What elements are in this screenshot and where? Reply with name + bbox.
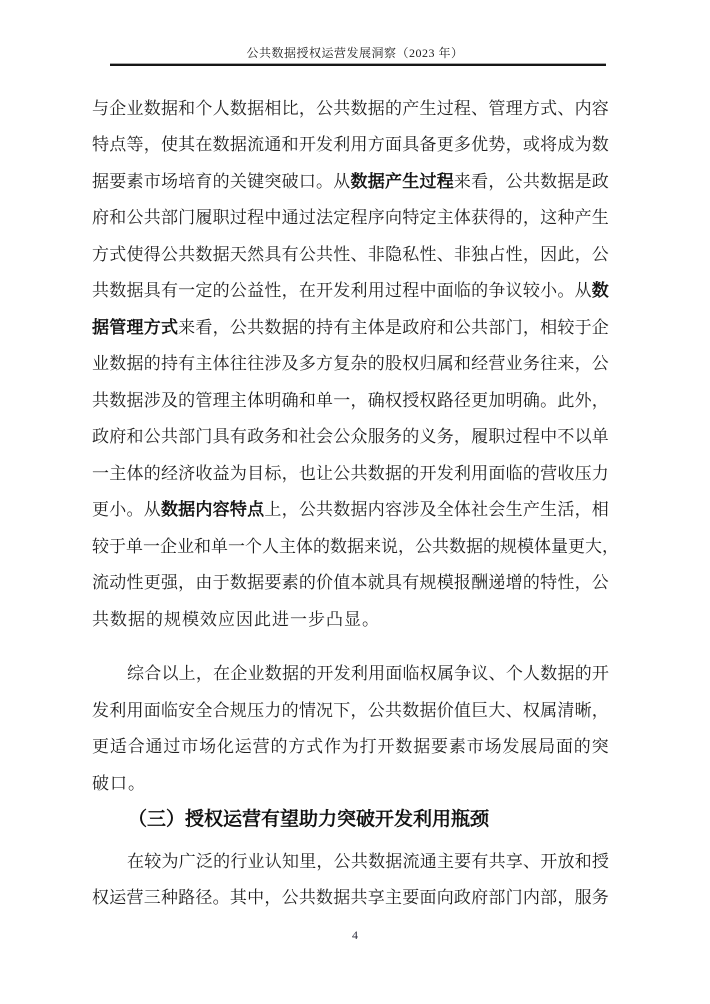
text-line: 更小。从数据内容特点上，公共数据内容涉及全体社会生产生活，相 [92, 492, 609, 529]
text-line: 更适合通过市场化运营的方式作为打开数据要素市场发展局面的突 [92, 729, 609, 766]
text-line: 在较为广泛的行业认知里，公共数据流通主要有共享、开放和授 [92, 843, 609, 880]
text-line: 据要素市场培育的关键突破口。从数据产生过程来看，公共数据是政 [92, 163, 609, 200]
text-line: 政府和公共部门具有政务和社会公众服务的义务，履职过程中不以单 [92, 419, 609, 456]
text-line: 综合以上，在企业数据的开发利用面临权属争议、个人数据的开 [92, 656, 609, 693]
text-line: 一主体的经济收益为目标，也让公共数据的开发利用面临的营收压力 [92, 455, 609, 492]
page-number: 4 [352, 928, 358, 942]
text-line: 发利用面临安全合规压力的情况下，公共数据价值巨大、权属清晰， [92, 692, 609, 729]
text-line: 据管理方式来看，公共数据的持有主体是政府和公共部门，相较于企 [92, 309, 609, 346]
paragraph: 综合以上，在企业数据的开发利用面临权属争议、个人数据的开发利用面临安全合规压力的… [92, 656, 609, 802]
page-footer: 4 [0, 928, 710, 942]
text-line: 与企业数据和个人数据相比，公共数据的产生过程、管理方式、内容 [92, 90, 609, 127]
text-line: 共数据涉及的管理主体明确和单一，确权授权路径更加明确。此外， [92, 382, 609, 419]
section-heading: （三）授权运营有望助力突破开发利用瓶颈 [92, 802, 609, 839]
document-page: 公共数据授权运营发展洞察（2023 年） 与企业数据和个人数据相比，公共数据的产… [0, 0, 710, 1004]
text-line: 较于单一企业和单一个人主体的数据来说，公共数据的规模体量更大， [92, 528, 609, 565]
text-line: 特点等，使其在数据流通和开发利用方面具备更多优势，或将成为数 [92, 127, 609, 164]
text-line: 权运营三种路径。其中，公共数据共享主要面向政府部门内部，服务 [92, 880, 609, 917]
text-line: 流动性更强，由于数据要素的价值本就具有规模报酬递增的特性，公 [92, 565, 609, 602]
header-rule [110, 63, 606, 66]
text-line: 共数据具有一定的公益性，在开发利用过程中面临的争议较小。从数 [92, 273, 609, 310]
text-line: 共数据的规模效应因此进一步凸显。 [92, 601, 609, 638]
text-line: 破口。 [92, 765, 609, 802]
paragraph: 在较为广泛的行业认知里，公共数据流通主要有共享、开放和授权运营三种路径。其中，公… [92, 843, 609, 916]
text-line: 业数据的持有主体往往涉及多方复杂的股权归属和经营业务往来，公 [92, 346, 609, 383]
text-line: 府和公共部门履职过程中通过法定程序向特定主体获得的，这种产生 [92, 200, 609, 237]
paragraph: 与企业数据和个人数据相比，公共数据的产生过程、管理方式、内容特点等，使其在数据流… [92, 90, 609, 638]
document-body: 与企业数据和个人数据相比，公共数据的产生过程、管理方式、内容特点等，使其在数据流… [92, 90, 609, 916]
header-title: 公共数据授权运营发展洞察（2023 年） [0, 45, 710, 61]
text-line: 方式使得公共数据天然具有公共性、非隐私性、非独占性，因此，公 [92, 236, 609, 273]
